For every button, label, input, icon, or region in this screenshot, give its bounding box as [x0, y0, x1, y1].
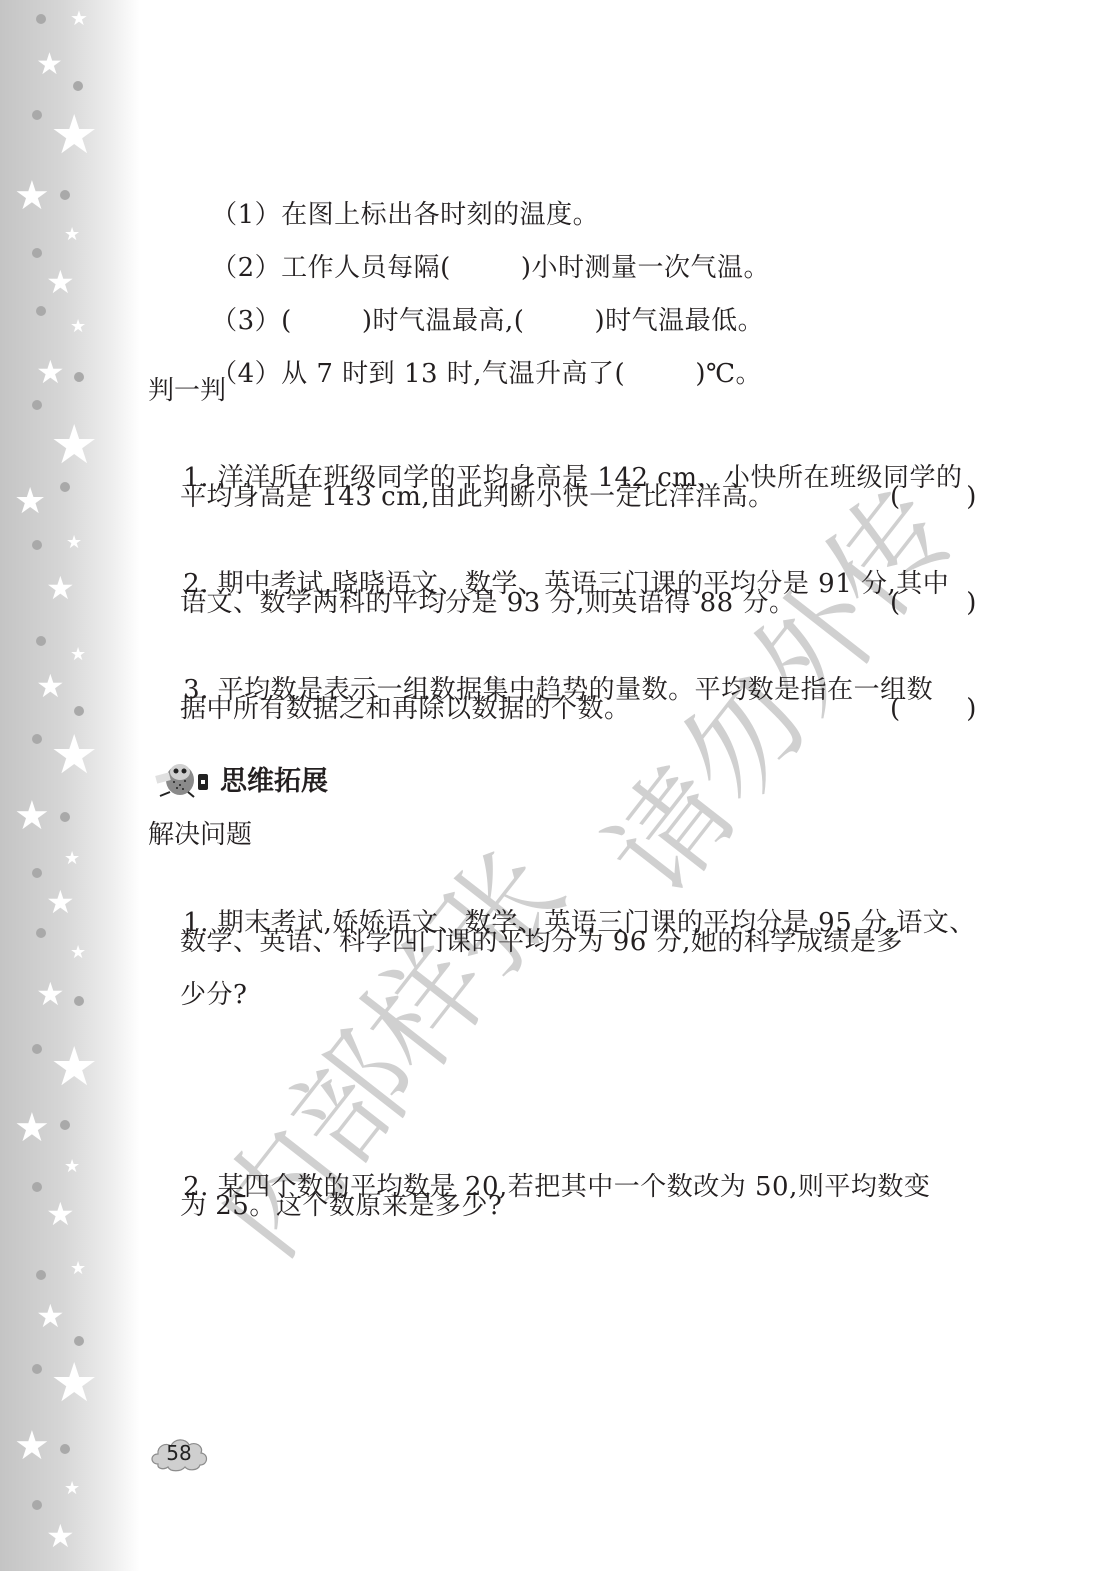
judge-item-2-line-2: 语文、数学两科的平均分是 93 分,则英语得 88 分。 — [180, 586, 796, 620]
worksheet-page: （1）在图上标出各时刻的温度。 （2）工作人员每隔( )小时测量一次气温。 （3… — [0, 0, 1110, 1571]
judge-item-1-line-2: 平均身高是 143 cm,由此判断小快一定比洋洋高。 — [180, 480, 775, 514]
judge-heading: 判一判 — [148, 374, 226, 408]
section-title-text: 思维拓展 — [220, 759, 328, 798]
owl-mascot-icon — [150, 758, 212, 798]
judge-answer-blank-1[interactable]: ( ) — [890, 480, 976, 514]
sub-question-text: 从 7 时到 13 时,气温升高了( )℃。 — [281, 359, 762, 389]
solve-problems-heading: 解决问题 — [148, 818, 252, 852]
judge-answer-blank-2[interactable]: ( ) — [890, 586, 976, 620]
problem-1-line-3: 少分? — [180, 978, 247, 1012]
judge-answer-blank-3[interactable]: ( ) — [890, 692, 976, 726]
sub-question-4: （4）从 7 时到 13 时,气温升高了( )℃。 — [176, 323, 762, 425]
problem-2-line-2: 为 25。这个数原来是多少? — [180, 1189, 502, 1223]
problem-1-line-2: 数学、英语、科学四门课的平均分为 96 分,她的科学成绩是多 — [180, 925, 903, 959]
page-number: 58 — [148, 1436, 210, 1470]
extension-section-title: 思维拓展 — [150, 758, 328, 798]
judge-item-3-line-2: 据中所有数据之和再除以数据的个数。 — [180, 692, 631, 726]
